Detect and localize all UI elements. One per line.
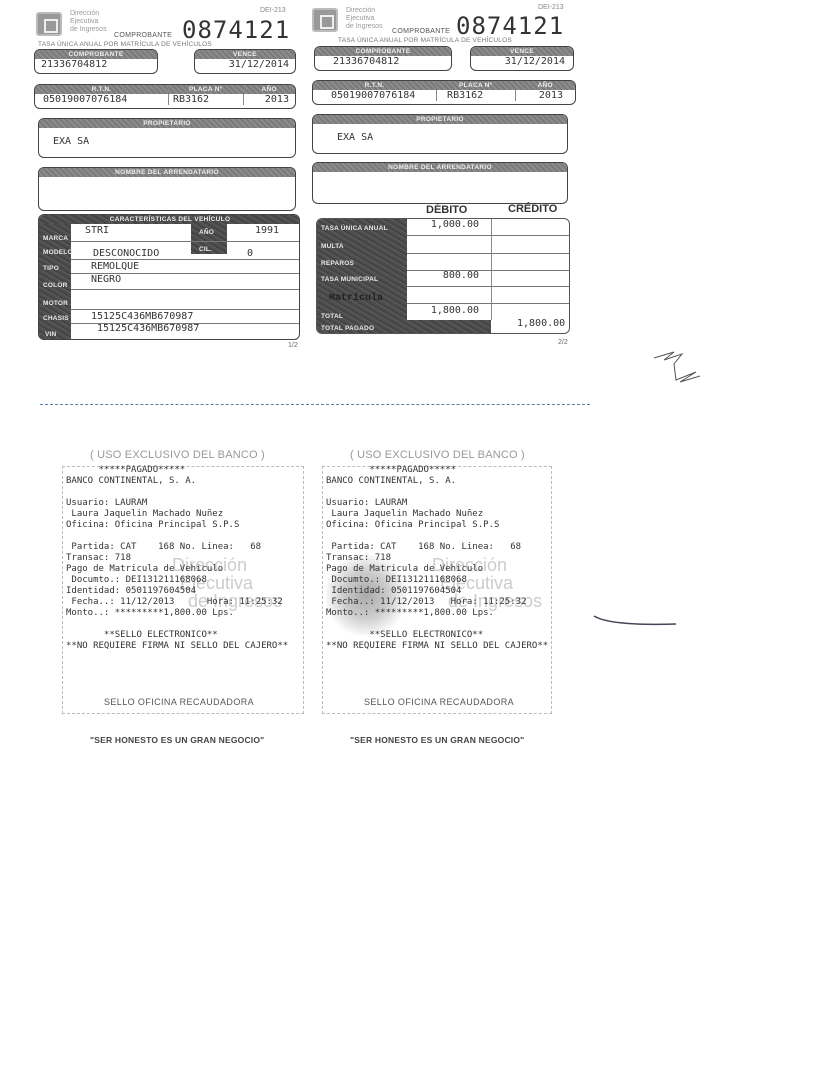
propietario-field: PROPIETARIO EXA SA bbox=[38, 118, 296, 158]
page-indicator: 1/2 bbox=[288, 342, 298, 349]
vehicle-year-value: 1991 bbox=[255, 225, 279, 236]
charge-debito: 1,000.00 bbox=[407, 219, 479, 230]
comprobante-number: 0874121 bbox=[456, 12, 564, 40]
form-code: DEI-213 bbox=[260, 7, 286, 14]
agency-name: Dirección Ejecutiva de Ingresos bbox=[70, 10, 107, 34]
motto: "SER HONESTO ES UN GRAN NEGOCIO" bbox=[350, 735, 524, 745]
page-indicator: 2/2 bbox=[558, 339, 568, 346]
charge-debito: 800.00 bbox=[407, 270, 479, 281]
marca-value: STRI bbox=[85, 225, 109, 236]
comprobante-word: COMPROBANTE bbox=[114, 32, 172, 39]
charge-debito: 1,800.00 bbox=[407, 305, 479, 316]
comprobante-field: COMPROBANTE 21336704812 bbox=[34, 49, 158, 74]
charge-label: MULTA bbox=[321, 243, 344, 250]
dei-logo-icon bbox=[312, 8, 338, 32]
modelo-value: DESCONOCIDO bbox=[93, 248, 159, 259]
propietario-value: EXA SA bbox=[313, 124, 567, 143]
receipt-left: Dirección Ejecutiva de Ingresos DEI-213 … bbox=[34, 4, 300, 352]
vence-field: VENCE 31/12/2014 bbox=[194, 49, 296, 74]
form-code: DEI-213 bbox=[538, 4, 564, 11]
propietario-value: EXA SA bbox=[39, 128, 295, 147]
dei-logo-icon bbox=[36, 12, 62, 36]
pen-stroke-icon bbox=[590, 610, 680, 630]
vin-value: 15125C436MB670987 bbox=[97, 323, 199, 334]
ticket-text: *****PAGADO*****BANCO CONTINENTAL, S. A.… bbox=[66, 465, 288, 652]
ano-value: 2013 bbox=[515, 90, 575, 101]
rtn-placa-ano-field: R.T.N. PLACA Nº AÑO 05019007076184 RB316… bbox=[312, 80, 576, 105]
chasis-value: 15125C436MB670987 bbox=[91, 311, 193, 322]
placa-value: RB3162 bbox=[168, 94, 243, 105]
ticket-text: *****PAGADO*****BANCO CONTINENTAL, S. A.… bbox=[326, 465, 548, 652]
agency-name: Dirección Ejecutiva de Ingresos bbox=[346, 7, 383, 31]
charge-label: TASA MUNICIPAL bbox=[321, 276, 378, 283]
ano-value: 2013 bbox=[243, 94, 295, 105]
charge-label: TASA ÚNICA ANUAL bbox=[321, 225, 388, 232]
total-pagado-value: 1,800.00 bbox=[517, 318, 565, 329]
debito-header: DÉBITO bbox=[426, 204, 467, 216]
total-pagado-label: TOTAL PAGADO bbox=[321, 325, 374, 332]
comprobante-field: COMPROBANTE 21336704812 bbox=[314, 46, 452, 71]
vehicle-characteristics: CARACTERÍSTICAS DEL VEHÍCULO MARCA STRI … bbox=[38, 214, 300, 340]
cut-line bbox=[40, 404, 590, 405]
charge-label: Matrícula bbox=[329, 293, 383, 304]
rtn-placa-ano-field: R.T.N. PLACA Nº AÑO 05019007076184 RB316… bbox=[34, 84, 296, 109]
bank-use-title: ( USO EXCLUSIVO DEL BANCO ) bbox=[90, 449, 265, 461]
arrendatario-field: NOMBRE DEL ARRENDATARIO bbox=[38, 167, 296, 211]
motto: "SER HONESTO ES UN GRAN NEGOCIO" bbox=[90, 735, 264, 745]
receipt-right: Dirección Ejecutiva de Ingresos DEI-213 … bbox=[310, 4, 576, 352]
credito-header: CRÉDITO bbox=[508, 203, 557, 215]
rtn-value: 05019007076184 bbox=[313, 90, 436, 101]
collection-office-stamp: SELLO OFICINA RECAUDADORA bbox=[104, 697, 254, 707]
collection-office-stamp: SELLO OFICINA RECAUDADORA bbox=[364, 697, 514, 707]
comprobante-number: 0874121 bbox=[182, 16, 290, 44]
tipo-value: REMOLQUE bbox=[91, 261, 139, 272]
vence-field: VENCE 31/12/2014 bbox=[470, 46, 574, 71]
form-subtitle: TASA ÚNICA ANUAL POR MATRÍCULA DE VEHÍCU… bbox=[338, 37, 512, 44]
bank-use-title: ( USO EXCLUSIVO DEL BANCO ) bbox=[350, 449, 525, 461]
comprobante-word: COMPROBANTE bbox=[392, 28, 450, 35]
arrendatario-field: NOMBRE DEL ARRENDATARIO bbox=[312, 162, 568, 204]
propietario-field: PROPIETARIO EXA SA bbox=[312, 114, 568, 154]
pen-mark-icon bbox=[648, 350, 708, 400]
form-subtitle: TASA ÚNICA ANUAL POR MATRÍCULA DE VEHÍCU… bbox=[38, 41, 212, 48]
placa-value: RB3162 bbox=[436, 90, 515, 101]
rtn-value: 05019007076184 bbox=[35, 94, 168, 105]
color-value: NEGRO bbox=[91, 274, 121, 285]
charges-table: TASA ÚNICA ANUAL1,000.00MULTAREPAROSTASA… bbox=[316, 218, 570, 334]
charge-label: TOTAL bbox=[321, 313, 343, 320]
charge-label: REPAROS bbox=[321, 260, 354, 267]
cil-value: 0 bbox=[247, 248, 253, 259]
